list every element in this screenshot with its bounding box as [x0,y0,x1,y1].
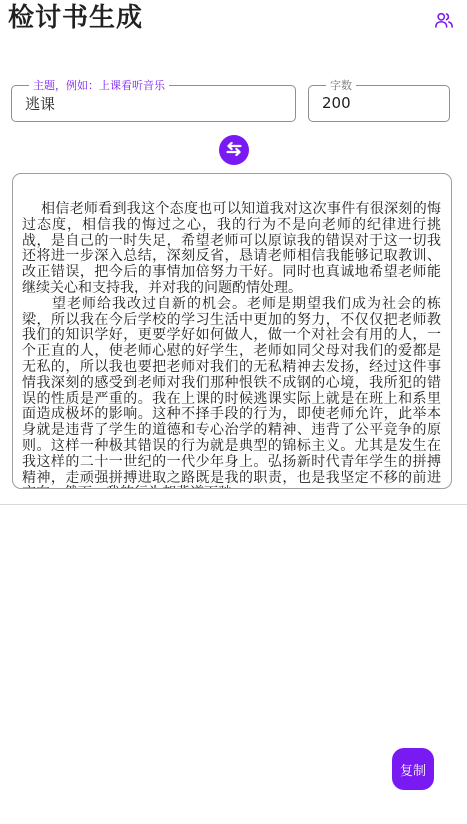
divider [0,504,467,505]
result-text: 相信老师看到我这个态度也可以知道我对这次事件有很深刻的悔过态度，相信我的悔过之心… [22,202,441,489]
topic-field: 主题，例如：上课看听音乐 [11,80,296,122]
app-root: 检讨书生成 主题，例如：上课看听音乐 字数 [0,0,467,824]
word-count-field: 字数 [308,80,450,122]
page-title: 检讨书生成 [8,2,143,35]
topic-field-label: 主题，例如：上课看听音乐 [29,80,169,91]
form-row: 主题，例如：上课看听音乐 字数 [11,80,450,122]
topic-input[interactable] [25,94,287,112]
result-output-box[interactable]: 相信老师看到我这个态度也可以知道我对这次事件有很深刻的悔过态度，相信我的悔过之心… [12,173,452,489]
generate-row [0,135,467,165]
users-icon [433,19,455,34]
copy-button[interactable]: 复制 [392,748,434,790]
header: 检讨书生成 [0,0,467,35]
word-count-input[interactable] [322,94,441,112]
generate-button[interactable] [219,135,249,165]
users-button[interactable] [433,9,455,31]
swap-horizontal-icon [226,142,242,159]
word-count-field-label: 字数 [326,80,356,91]
